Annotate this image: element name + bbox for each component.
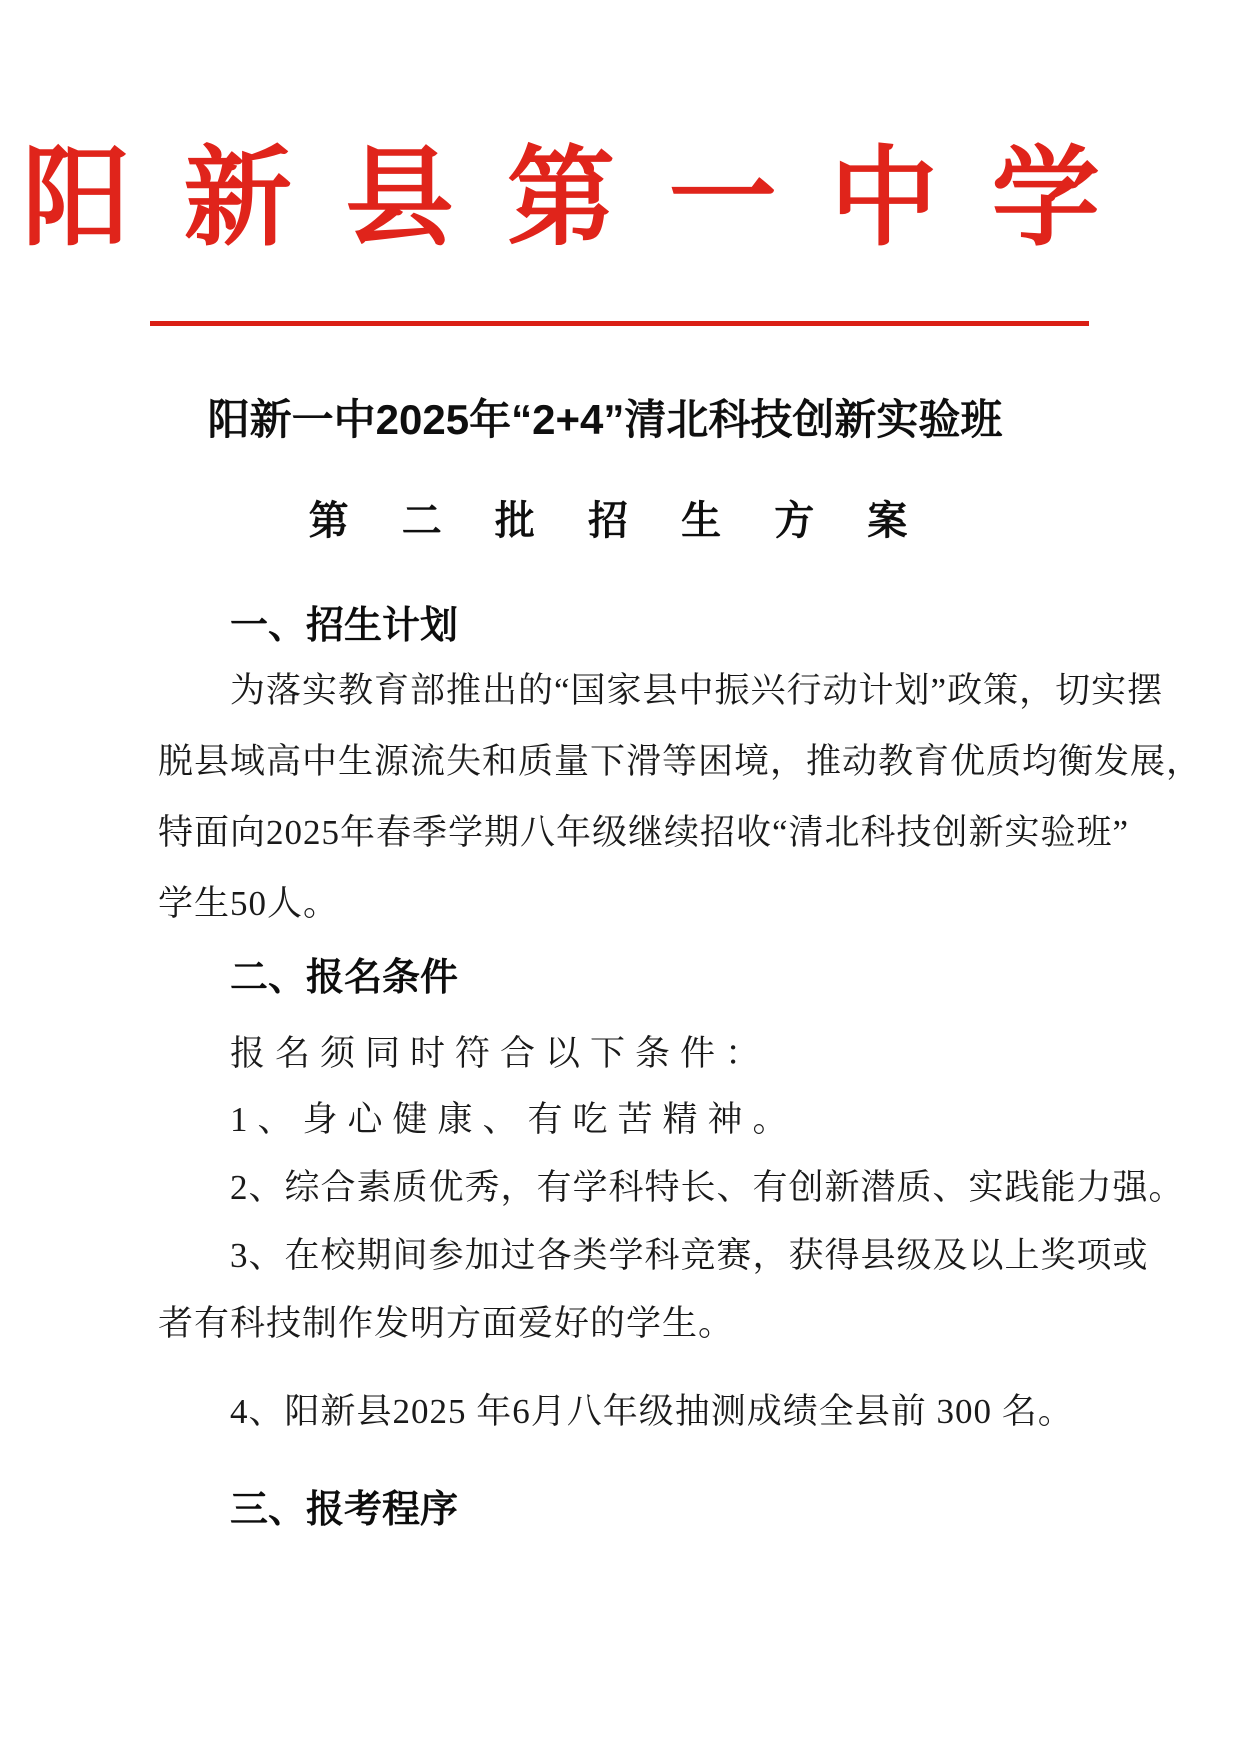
condition-item-3-line-1: 3、在校期间参加过各类学科竞赛，获得县级及以上奖项或 — [158, 1222, 1108, 1290]
section-2: 二、报名条件 — [158, 956, 1108, 1000]
condition-item-4: 4、阳新县2025 年6月八年级抽测成绩全县前 300 名。 — [158, 1378, 1108, 1446]
document-page: 阳 新 县 第 一 中 学 阳新一中2025年“2+4”清北科技创新实验班 第 … — [0, 0, 1238, 1751]
section-1: 一、招生计划 — [158, 604, 1108, 648]
condition-item-3: 3、在校期间参加过各类学科竞赛，获得县级及以上奖项或 者有科技制作发明方面爱好的… — [158, 1222, 1108, 1358]
section-2-heading: 二、报名条件 — [158, 956, 1108, 1000]
intro-paragraph-line-3: 特面向2025年春季学期八年级继续招收“清北科技创新实验班” — [158, 797, 1108, 868]
condition-item-2-text: 2、综合素质优秀，有学科特长、有创新潜质、实践能力强。 — [158, 1154, 1108, 1222]
document-title: 阳新一中2025年“2+4”清北科技创新实验班 — [0, 396, 1210, 444]
condition-item-1: 1、身心健康、有吃苦精神。 — [158, 1086, 1108, 1154]
intro-paragraph-line-1: 为落实教育部推出的“国家县中振兴行动计划”政策，切实摆 — [158, 655, 1108, 726]
condition-item-2: 2、综合素质优秀，有学科特长、有创新潜质、实践能力强。 — [158, 1154, 1108, 1222]
school-letterhead-title: 阳 新 县 第 一 中 学 — [0, 128, 1130, 268]
section-3: 三、报考程序 — [158, 1488, 1108, 1532]
condition-item-3-line-2: 者有科技制作发明方面爱好的学生。 — [158, 1290, 1108, 1358]
letterhead-divider-rule — [150, 321, 1089, 326]
condition-item-4-text: 4、阳新县2025 年6月八年级抽测成绩全县前 300 名。 — [158, 1378, 1108, 1446]
intro-paragraph: 为落实教育部推出的“国家县中振兴行动计划”政策，切实摆 脱县域高中生源流失和质量… — [158, 655, 1108, 939]
conditions-lead: 报名须同时符合以下条件： — [158, 1018, 1108, 1089]
document-subtitle: 第 二 批 招 生 方 案 — [0, 498, 1230, 544]
conditions-lead-text: 报名须同时符合以下条件： — [158, 1018, 1108, 1089]
section-3-heading: 三、报考程序 — [158, 1488, 1108, 1532]
section-1-heading: 一、招生计划 — [158, 604, 1108, 648]
intro-paragraph-line-4: 学生50人。 — [158, 868, 1108, 939]
intro-paragraph-line-2: 脱县域高中生源流失和质量下滑等困境，推动教育优质均衡发展， — [158, 726, 1108, 797]
condition-item-1-text: 1、身心健康、有吃苦精神。 — [158, 1086, 1108, 1154]
